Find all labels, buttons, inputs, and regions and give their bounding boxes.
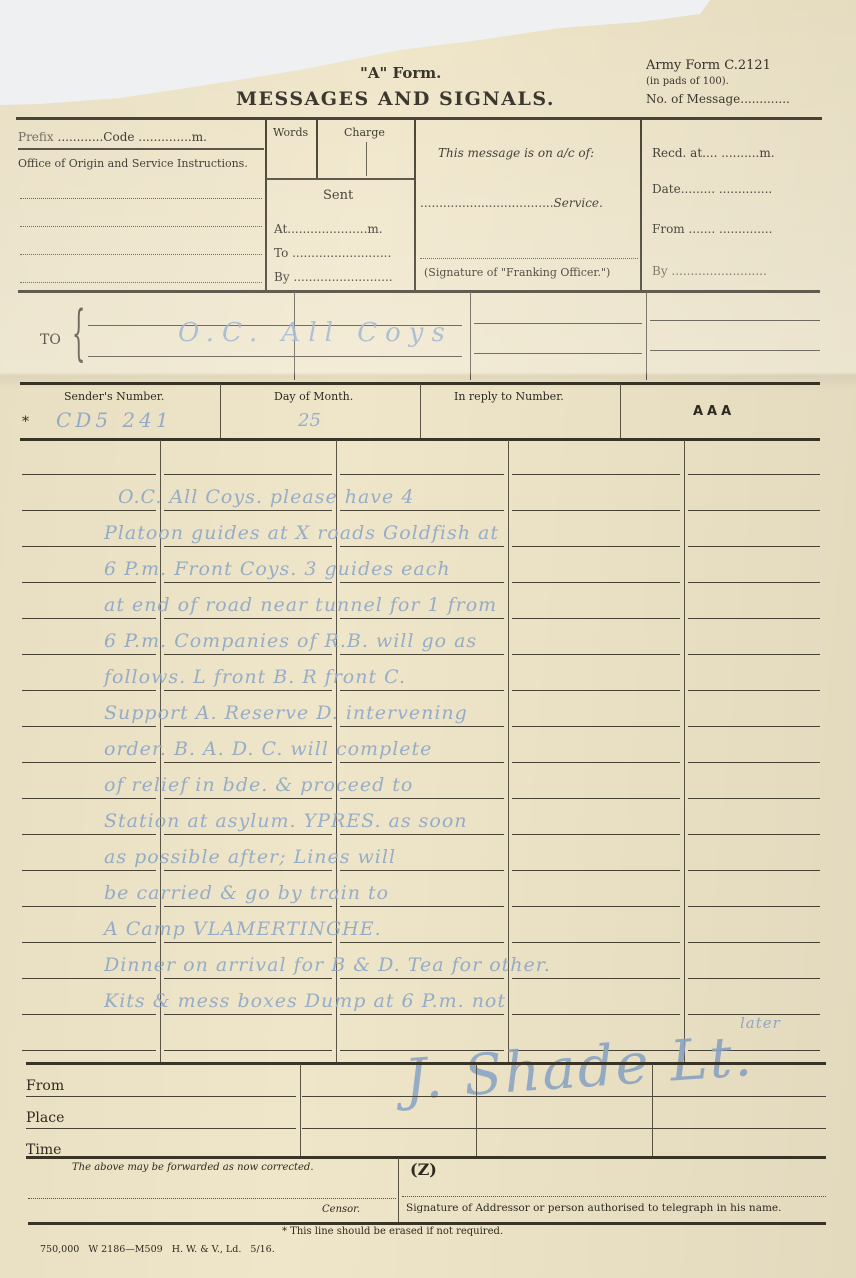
grid-rule [164, 618, 332, 619]
divider [220, 384, 221, 438]
divider [20, 438, 820, 441]
day-of-month-label: Day of Month. [274, 390, 353, 403]
divider [640, 118, 642, 290]
divider [16, 117, 822, 120]
divider [470, 292, 471, 380]
grid-rule [164, 654, 332, 655]
words-label: Words [273, 126, 308, 139]
grid-rule [688, 906, 820, 907]
grid-rule [512, 1050, 680, 1051]
grid-rule [340, 762, 504, 763]
divider [28, 1222, 826, 1225]
grid-rule [512, 582, 680, 583]
senders-number-label: Sender's Number. [64, 390, 164, 403]
day-of-month-value[interactable]: 25 [298, 410, 321, 431]
office-line-3[interactable] [20, 254, 262, 255]
grid-rule [688, 1050, 820, 1051]
grid-rule [512, 510, 680, 511]
grid-rule [22, 726, 156, 727]
divider [366, 142, 367, 176]
sent-to-field[interactable]: To .......................... [274, 246, 391, 260]
grid-rule [512, 726, 680, 727]
grid-rule [22, 1050, 156, 1051]
grid-rule [340, 474, 504, 475]
message-line: at end of road near tunnel for 1 from [104, 594, 497, 616]
divider [302, 1096, 826, 1097]
divider [650, 320, 820, 321]
z-mark: (Z) [410, 1160, 437, 1179]
grid-rule [340, 870, 504, 871]
grid-rule [22, 870, 156, 871]
grid-rule [512, 690, 680, 691]
office-line-2[interactable] [20, 226, 262, 227]
grid-rule [164, 510, 332, 511]
footer-place-line[interactable] [26, 1128, 296, 1129]
by-field[interactable]: By ......................... [652, 264, 767, 278]
grid-rule [340, 942, 504, 943]
addressor-label: Signature of Addressor or person authori… [406, 1202, 781, 1214]
message-line: be carried & go by train to [104, 882, 389, 904]
message-line: follows. L front B. R front C. [104, 666, 406, 688]
to-brace: { [72, 298, 85, 368]
footer-from-label: From [26, 1078, 64, 1094]
grid-rule [688, 978, 820, 979]
army-form-number: Army Form C.2121 [646, 58, 771, 73]
divider [476, 1064, 477, 1156]
grid-rule [340, 690, 504, 691]
grid-rule [164, 834, 332, 835]
forward-note: The above may be forwarded as now correc… [72, 1162, 314, 1173]
censor-line[interactable] [28, 1198, 396, 1199]
divider [265, 118, 267, 290]
divider [646, 292, 647, 380]
in-reply-label: In reply to Number. [454, 390, 564, 403]
grid-rule [340, 906, 504, 907]
grid-rule [340, 834, 504, 835]
grid-rule [688, 870, 820, 871]
grid-rule [688, 726, 820, 727]
grid-rule [164, 726, 332, 727]
message-line: Support A. Reserve D. intervening [104, 702, 468, 724]
divider [294, 292, 295, 380]
grid-rule [512, 1014, 680, 1015]
grid-rule [164, 474, 332, 475]
grid-rule [340, 654, 504, 655]
message-line: as possible after; Lines will [104, 846, 396, 868]
grid-rule [340, 618, 504, 619]
grid-rule [512, 546, 680, 547]
grid-rule [688, 654, 820, 655]
form-title: MESSAGES AND SIGNALS. [236, 88, 555, 110]
divider [18, 148, 264, 150]
message-form-paper: "A" Form. MESSAGES AND SIGNALS. Army For… [0, 0, 856, 1278]
grid-rule [340, 1014, 504, 1015]
grid-rule [340, 1050, 504, 1051]
grid-rule [22, 510, 156, 511]
grid-rule [22, 978, 156, 979]
grid-rule [164, 1014, 332, 1015]
grid-rule [340, 510, 504, 511]
grid-rule [688, 762, 820, 763]
grid-rule [512, 834, 680, 835]
grid-rule [512, 978, 680, 979]
divider [420, 384, 421, 438]
grid-rule [164, 870, 332, 871]
grid-rule [340, 582, 504, 583]
to-addressee[interactable]: O.C. All Coys [178, 318, 453, 348]
footer-place-label: Place [26, 1110, 64, 1126]
office-line-4[interactable] [20, 282, 262, 283]
grid-rule [688, 618, 820, 619]
message-line: Station at asylum. YPRES. as soon [104, 810, 468, 832]
grid-rule [688, 474, 820, 475]
grid-rule [164, 942, 332, 943]
divider [266, 178, 414, 180]
grid-rule [22, 654, 156, 655]
divider [18, 290, 820, 293]
grid-rule [512, 762, 680, 763]
divider [300, 1064, 301, 1156]
to-label: TO [40, 332, 61, 348]
grid-rule [22, 834, 156, 835]
grid-rule [22, 1014, 156, 1015]
account-label: This message is on a/c of: [438, 146, 594, 160]
office-line-1[interactable] [20, 198, 262, 199]
grid-rule [688, 690, 820, 691]
franking-line[interactable] [420, 258, 638, 259]
grid-rule [164, 582, 332, 583]
charge-label: Charge [344, 126, 385, 139]
grid-column-divider [684, 440, 685, 1062]
print-code: 750,000 W 2186—M509 H. W. & V., Ld. 5/16… [40, 1244, 275, 1255]
prefix-code-field[interactable]: Prefix ............Code ..............m. [18, 130, 207, 144]
grid-rule [688, 942, 820, 943]
date-field[interactable]: Date......... .............. [652, 182, 772, 196]
franking-officer-label: (Signature of "Franking Officer.") [424, 266, 610, 279]
grid-rule [22, 762, 156, 763]
received-at-field[interactable]: Recd. at.... ..........m. [652, 146, 775, 160]
divider [316, 118, 318, 178]
grid-rule [164, 978, 332, 979]
grid-rule [688, 798, 820, 799]
grid-rule [688, 582, 820, 583]
divider [474, 353, 642, 354]
grid-rule [164, 1050, 332, 1051]
grid-rule [22, 582, 156, 583]
grid-rule [512, 654, 680, 655]
signature: J. Shade Lt. [402, 1024, 755, 1113]
grid-rule [22, 906, 156, 907]
grid-rule [512, 798, 680, 799]
message-line: Platoon guides at X roads Goldfish at [104, 522, 499, 544]
grid-rule [22, 798, 156, 799]
divider [20, 382, 820, 385]
grid-rule [164, 762, 332, 763]
divider [26, 1062, 826, 1065]
footer-time-label: Time [26, 1142, 61, 1158]
message-line: later [740, 1014, 781, 1032]
grid-rule [512, 942, 680, 943]
censor-label: Censor. [322, 1204, 360, 1215]
service-field[interactable]: ...................................Servi… [420, 196, 603, 210]
divider [26, 1156, 826, 1159]
grid-rule [688, 510, 820, 511]
erase-note: * This line should be erased if not requ… [282, 1226, 503, 1237]
grid-rule [340, 546, 504, 547]
office-of-origin-label: Office of Origin and Service Instruction… [18, 157, 248, 170]
grid-rule [22, 546, 156, 547]
addressor-line[interactable] [402, 1196, 826, 1197]
grid-rule [340, 798, 504, 799]
divider [620, 384, 621, 438]
grid-rule [22, 942, 156, 943]
divider [88, 325, 462, 326]
grid-rule [22, 690, 156, 691]
message-line: 6 P.m. Front Coys. 3 guides each [104, 558, 451, 580]
message-line: 6 P.m. Companies of R.B. will go as [104, 630, 477, 652]
pads-note: (in pads of 100). [646, 76, 729, 87]
divider [88, 356, 462, 357]
message-line: A Camp VLAMERTINGHE. [104, 918, 382, 940]
sent-by-field[interactable]: By .......................... [274, 270, 393, 284]
grid-rule [22, 618, 156, 619]
grid-rule [22, 474, 156, 475]
grid-column-divider [508, 440, 509, 1062]
grid-rule [688, 1014, 820, 1015]
sent-label: Sent [323, 188, 353, 203]
divider [474, 323, 642, 324]
asterisk-mark: * [22, 414, 29, 430]
message-line: order. B. A. D. C. will complete [104, 738, 432, 760]
grid-column-divider [336, 440, 337, 1062]
grid-rule [512, 906, 680, 907]
message-number-label: No. of Message............. [646, 92, 790, 106]
message-line: Dinner on arrival for B & D. Tea for oth… [104, 954, 551, 976]
divider [414, 118, 416, 290]
grid-rule [688, 834, 820, 835]
message-line: Kits & mess boxes Dump at 6 P.m. not [104, 990, 506, 1012]
sent-at-field[interactable]: At.....................m. [274, 222, 383, 236]
from-field[interactable]: From ....... .............. [652, 222, 772, 236]
grid-rule [164, 798, 332, 799]
divider [650, 350, 820, 351]
senders-number-value[interactable]: CD5 241 [56, 408, 173, 432]
grid-column-divider [160, 440, 161, 1062]
grid-rule [340, 978, 504, 979]
grid-rule [340, 726, 504, 727]
form-label: "A" Form. [360, 64, 441, 82]
message-line: O.C. All Coys. please have 4 [118, 486, 414, 508]
footer-from-line[interactable] [26, 1096, 296, 1097]
grid-rule [512, 474, 680, 475]
grid-rule [164, 906, 332, 907]
divider [652, 1064, 653, 1156]
grid-rule [164, 546, 332, 547]
aaa-marker: AAA [693, 404, 735, 419]
grid-rule [688, 546, 820, 547]
grid-rule [164, 690, 332, 691]
divider [302, 1128, 826, 1129]
grid-rule [512, 618, 680, 619]
message-line: of relief in bde. & proceed to [104, 774, 413, 796]
grid-rule [512, 870, 680, 871]
divider [398, 1158, 399, 1224]
